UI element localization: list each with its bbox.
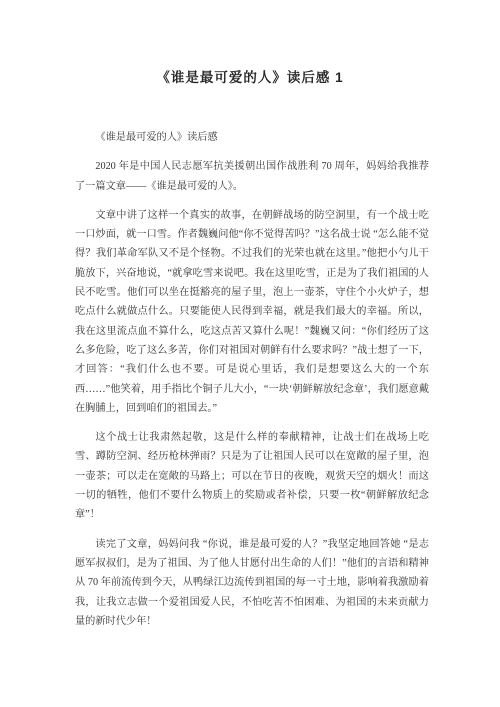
paragraph-intro: 2020 年是中国人民志愿军抗美援朝出国作战胜利 70 周年，妈妈给我推荐了一篇… bbox=[75, 157, 429, 196]
document-body: 《谁是最可爱的人》读后感 2020 年是中国人民志愿军抗美援朝出国作战胜利 70… bbox=[75, 128, 429, 641]
paragraph-conclusion: 读完了文章，妈妈问我 “你说，谁是最可爱的人？”我坚定地回答她 “是志愿军叔叔们… bbox=[75, 535, 429, 631]
paragraph-story: 文章中讲了这样一个真实的故事，在朝鲜战场的防空洞里，有一个战士吃一口炒面，就一口… bbox=[75, 206, 429, 418]
paragraph-heading: 《谁是最可爱的人》读后感 bbox=[75, 128, 429, 147]
document-page: 《谁是最可爱的人》读后感 1 《谁是最可爱的人》读后感 2020 年是中国人民志… bbox=[0, 0, 500, 707]
document-title: 《谁是最可爱的人》读后感 1 bbox=[0, 0, 500, 86]
paragraph-reflection: 这个战士让我肃然起敬，这是什么样的奉献精神，让战士们在战场上吃雪、蹲防空洞、经历… bbox=[75, 428, 429, 524]
